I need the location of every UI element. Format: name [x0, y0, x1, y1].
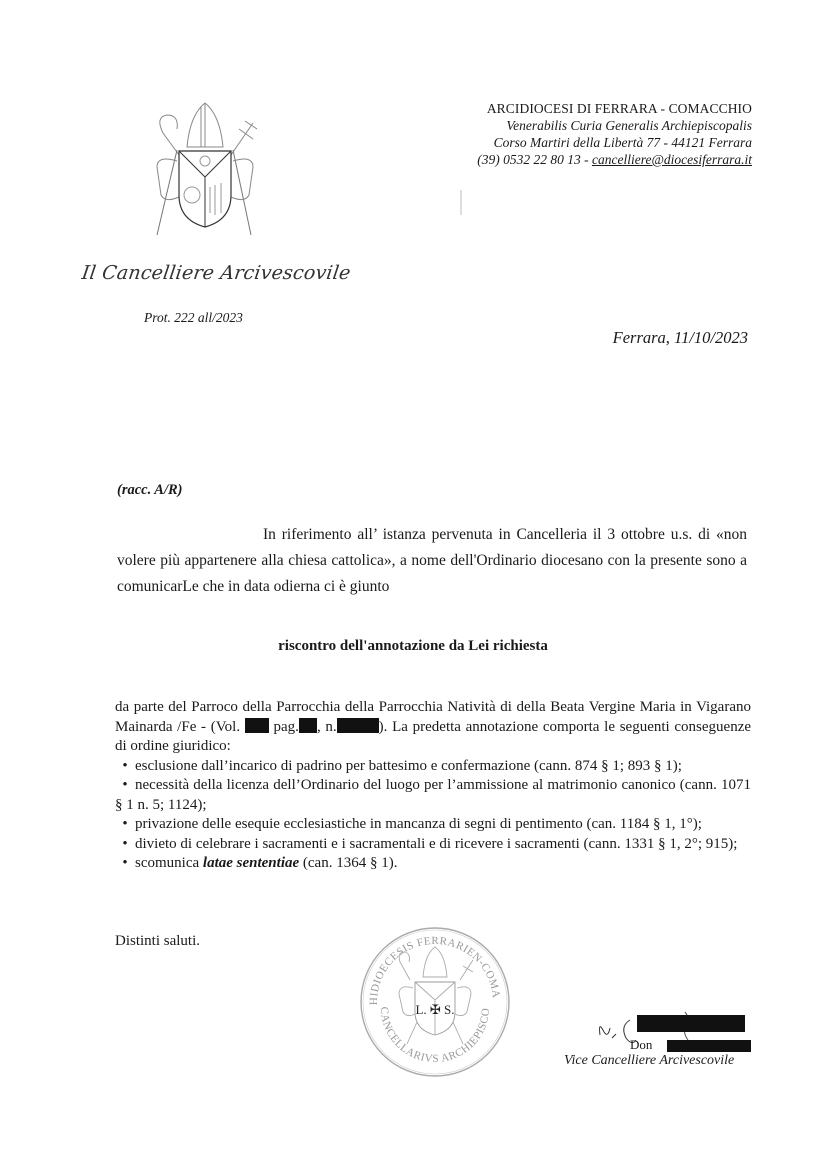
scan-artifact [460, 190, 462, 215]
signature-block: Don Vice Cancelliere Arcivescovile [560, 1010, 760, 1090]
coat-of-arms-icon [135, 95, 275, 245]
list-item: •necessità della licenza dell’Ordinario … [115, 776, 751, 815]
place-date: Ferrara, 11/10/2023 [613, 328, 748, 348]
consequences-list: •esclusione dall’incarico di padrino per… [115, 757, 751, 874]
list-item: •privazione delle esequie ecclesiastiche… [115, 815, 751, 835]
paragraph-consequences: da parte del Parroco della Parrocchia de… [115, 698, 751, 874]
redacted-signature [637, 1015, 745, 1032]
list-item: •scomunica latae sententiae (can. 1364 §… [115, 854, 751, 874]
signatory-prefix: Don [630, 1037, 652, 1053]
section-heading: riscontro dell'annotazione da Lei richie… [0, 638, 826, 655]
letterhead: ARCIDIOCESI DI FERRARA - COMACCHIO Vener… [477, 100, 752, 168]
redacted-volume [245, 718, 269, 733]
bullet-icon: • [119, 776, 131, 796]
phone: (39) 0532 22 80 13 - [477, 152, 588, 167]
redacted-number [337, 718, 379, 733]
bullet-icon: • [119, 815, 131, 835]
paragraph-intro: In riferimento all’ istanza pervenuta in… [117, 522, 747, 600]
redacted-page [299, 718, 317, 733]
organization-name: ARCIDIOCESI DI FERRARA - COMACCHIO [477, 100, 752, 117]
closing: Distinti saluti. [115, 933, 200, 950]
bullet-icon: • [119, 854, 131, 874]
bullet-icon: • [119, 757, 131, 777]
seal-center: L. ✠ S. [415, 1002, 454, 1017]
address: Corso Martiri della Libertà 77 - 44121 F… [477, 134, 752, 151]
protocol-number: Prot. 222 all/2023 [144, 310, 243, 326]
chancellor-title: Il Cancelliere Arcivescovile [80, 262, 352, 284]
signatory-title: Vice Cancelliere Arcivescovile [564, 1053, 734, 1069]
svg-text:ARCHIDIOECESIS FERRARIEN-COMAC: ARCHIDIOECESIS FERRARIEN-COMACLEN [355, 922, 502, 1005]
seal-text-top: ARCHIDIOECESIS FERRARIEN-COMACLEN [355, 922, 502, 1005]
list-item: •divieto di celebrare i sacramenti e i s… [115, 835, 751, 855]
list-item: •esclusione dall’incarico di padrino per… [115, 757, 751, 777]
delivery-method: (racc. A/R) [117, 482, 183, 499]
seal-stamp-icon: ARCHIDIOECESIS FERRARIEN-COMACLEN VICE C… [355, 922, 515, 1082]
curia-name: Venerabilis Curia Generalis Archiepiscop… [477, 117, 752, 134]
paragraph-parish: da parte del Parroco della Parrocchia de… [115, 698, 751, 757]
bullet-icon: • [119, 835, 131, 855]
contact-line: (39) 0532 22 80 13 - cancelliere@diocesi… [477, 151, 752, 168]
redacted-name [667, 1040, 751, 1052]
email-link[interactable]: cancelliere@diocesiferrara.it [592, 152, 752, 167]
